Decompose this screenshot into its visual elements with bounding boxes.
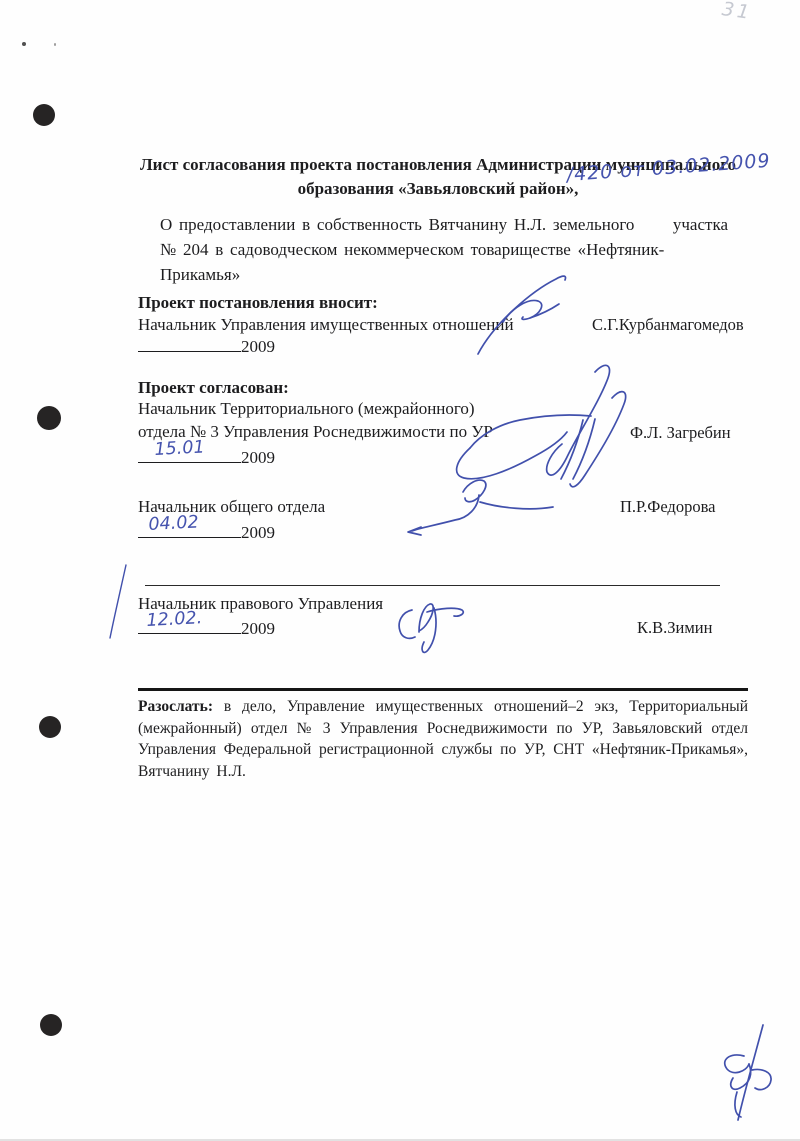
agreed-row2-year: 2009 [241,523,275,542]
hole-punch-dot [40,1014,62,1036]
hole-punch-dot [39,716,61,738]
agreed-row3-handwritten-date: 12.02. [146,608,203,631]
agreed-row2-name: П.Р.Федорова [620,497,715,517]
submit-section-header: Проект постановления вносит: [138,293,378,313]
submit-role: Начальник Управления имущественных отнош… [138,315,514,335]
scan-speck [54,43,56,46]
distribution-label: Разослать: [138,698,213,715]
submit-dateline: 2009 [138,336,275,357]
pencil-page-number: 31 [721,0,754,24]
corner-flourish-signature [725,1025,771,1120]
footer-rule [138,688,748,691]
handwritten-slash-mark [110,565,126,638]
signature-zimin [399,604,463,653]
agreed-row3-year: 2009 [241,619,275,638]
submit-name: С.Г.Курбанмагомедов [592,315,744,335]
document-subject: О предоставлении в собственность Вятчани… [160,212,728,287]
distribution-list: Разослать: в дело, Управление имуществен… [138,696,748,782]
subject-line1-right: участка [673,212,728,237]
agreed-row1-role-line1: Начальник Территориального (межрайонного… [138,399,475,419]
agreed-row1-handwritten-date: 15.01 [154,437,205,460]
agreed-section-header: Проект согласован: [138,378,289,398]
agreed-row1-name: Ф.Л. Загребин [630,423,731,443]
date-underline [138,336,241,352]
subject-line1-left: О предоставлении в собственность Вятчани… [160,212,634,237]
agreed-row2-handwritten-date: 04.02 [148,512,199,535]
signature-fedorova [408,480,553,535]
hole-punch-dot [37,406,61,430]
submit-year: 2009 [241,337,275,356]
title-line-2: образования «Завьяловский район», [140,177,736,201]
hole-punch-dot [33,104,55,126]
subject-line2: № 204 в садоводческом некоммерческом тов… [160,237,728,287]
scan-speck [22,42,26,46]
agreed-row3-name: К.В.Зимин [637,618,712,638]
distribution-text: в дело, Управление имущественных отношен… [138,698,748,780]
separator-line [145,585,720,586]
scanned-approval-sheet: 31 Лист согласования проекта постановлен… [0,0,800,1141]
agreed-row1-year: 2009 [241,448,275,467]
